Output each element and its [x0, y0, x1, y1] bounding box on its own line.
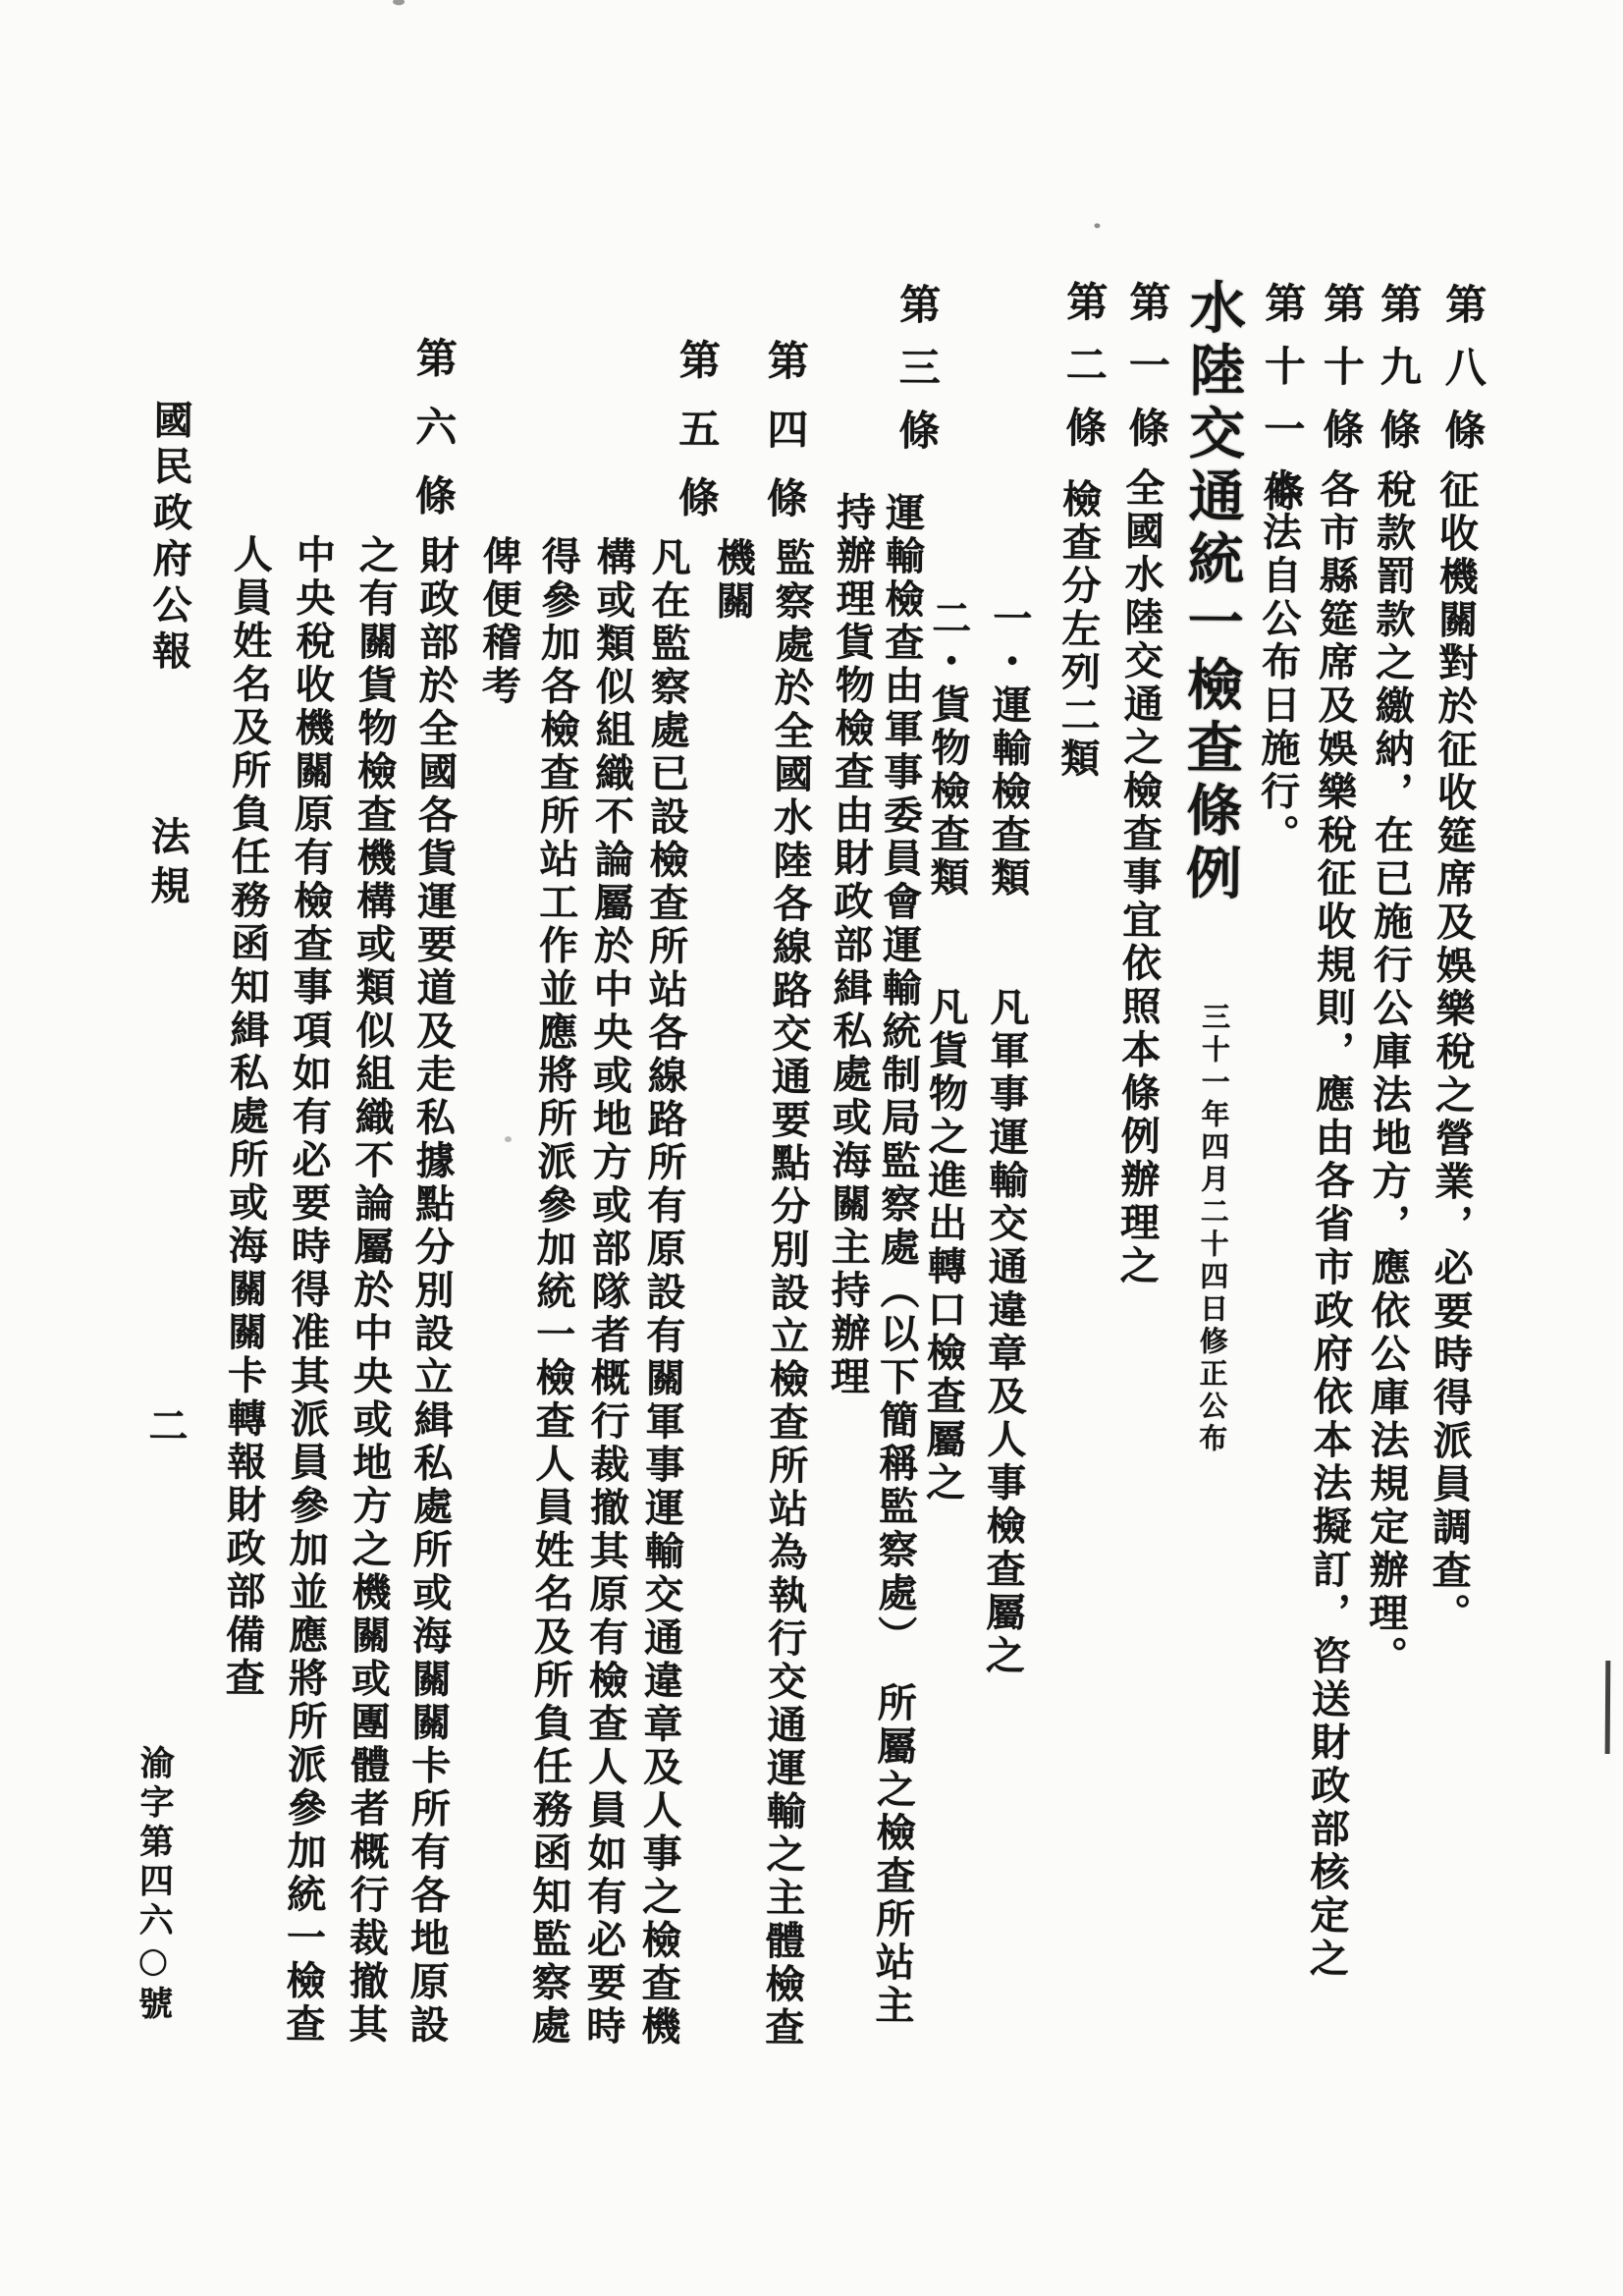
- article-5-text-col-4: 俾便稽考: [476, 535, 519, 708]
- issue-number: 渝字第四六○號: [134, 1745, 173, 2025]
- article-11-text: 本法自公布日施行。: [1255, 467, 1300, 856]
- section-label: 法規: [145, 816, 189, 914]
- article-5-text-col-1: 凡在監察處已設檢查所站各線路所有原設有關軍事運輸交通違章及人事之檢查機: [636, 536, 689, 2049]
- gazette-scan-page: 第八條 征收機關對於征收筵席及娛樂稅之營業，必要時得派員調查。 第九條 稅款罰款…: [0, 0, 1623, 2296]
- article-5-text-col-3: 得參加各檢查所站工作並應將所派參加統一檢查人員姓名及所負任務函知監察處: [526, 535, 579, 2048]
- article-10-number: 第十條: [1319, 282, 1365, 470]
- article-2-number: 第二條: [1061, 280, 1108, 468]
- article-6-number: 第六條: [410, 336, 457, 542]
- article-9-number: 第九條: [1376, 282, 1422, 470]
- article-4-number: 第四條: [762, 339, 808, 545]
- scan-speckle: [1094, 223, 1100, 228]
- gazette-title: 國民政府公報: [146, 400, 190, 677]
- article-3-text-col-2: 持辦理貨物檢查由財政部緝私處或海關主持辦理: [825, 491, 874, 1398]
- article-4-text-col-1: 監察處於全國水陸各線路交通要點分別設立檢查所站為執行交通運輸之主體檢查: [760, 537, 813, 2050]
- article-2-item-1: 一・運輸檢查類 凡軍事運輸交通違章及人事檢查屬之: [980, 598, 1030, 1678]
- scan-speckle: [393, 0, 405, 5]
- scanned-sheet: 第八條 征收機關對於征收筵席及娛樂稅之營業，必要時得派員調查。 第九條 稅款罰款…: [0, 0, 1623, 2296]
- article-1-number: 第一條: [1124, 281, 1170, 469]
- article-6-text-col-1: 財政部於全國各貨運要道及走私據點分別設立緝私處所或海關關卡所有各地原設: [405, 534, 458, 2047]
- article-5-number: 第五條: [674, 338, 720, 544]
- page-number: 二: [143, 1405, 186, 1445]
- article-8-number: 第八條: [1440, 283, 1487, 471]
- article-6-text-col-3: 中央稅收機關原有檢查事項如有必要時得准其派員參加並應將所派參加統一檢查: [281, 534, 334, 2047]
- article-2-item-2: 二・貨物檢查類 凡貨物之進出轉口檢查屬之: [920, 597, 969, 1504]
- article-5-text-col-2: 構或類似組織不論屬於中央或地方或部隊者概行裁撤其原有檢查人員如有必要時: [581, 536, 634, 2049]
- scan-edge-mark: [1605, 1661, 1611, 1754]
- article-10-text: 各市縣筵席及娛樂稅征收規則，應由各省市政府依本法擬訂，咨送財政部核定之: [1304, 468, 1357, 1981]
- article-3-number: 第三條: [894, 283, 941, 471]
- article-6-text-col-2: 之有關貨物檢查機構或類似組織不論屬於中央或地方之機關或團體者概行裁撤其: [344, 534, 397, 2047]
- article-8-text: 征收機關對於征收筵席及娛樂稅之營業，必要時得派員調查。: [1426, 469, 1476, 1636]
- article-9-text: 稅款罰款之繳納，在已施行公庫法地方，應依公庫法規定辦理。: [1363, 468, 1414, 1678]
- article-2-text: 檢查分左列二類: [1055, 478, 1100, 781]
- article-4-text-col-2: 機關: [711, 537, 754, 624]
- article-1-text: 全國水陸交通之檢查事宜依照本條例辦理之: [1114, 466, 1163, 1287]
- promulgation-date: 三十一年四月二十四日修正公布: [1196, 1002, 1230, 1455]
- article-6-text-col-4: 人員姓名及所負任務函知緝私處所或海關關卡轉報財政部備查: [220, 533, 270, 1700]
- article-3-text-col-1: 運輸檢查由軍事委員會運輸統制局監察處（以下簡稱監察處） 所屬之檢查所站主: [870, 492, 923, 2028]
- regulation-title: 水陸交通統一檢查條例: [1178, 278, 1243, 906]
- scan-speckle: [505, 1136, 512, 1142]
